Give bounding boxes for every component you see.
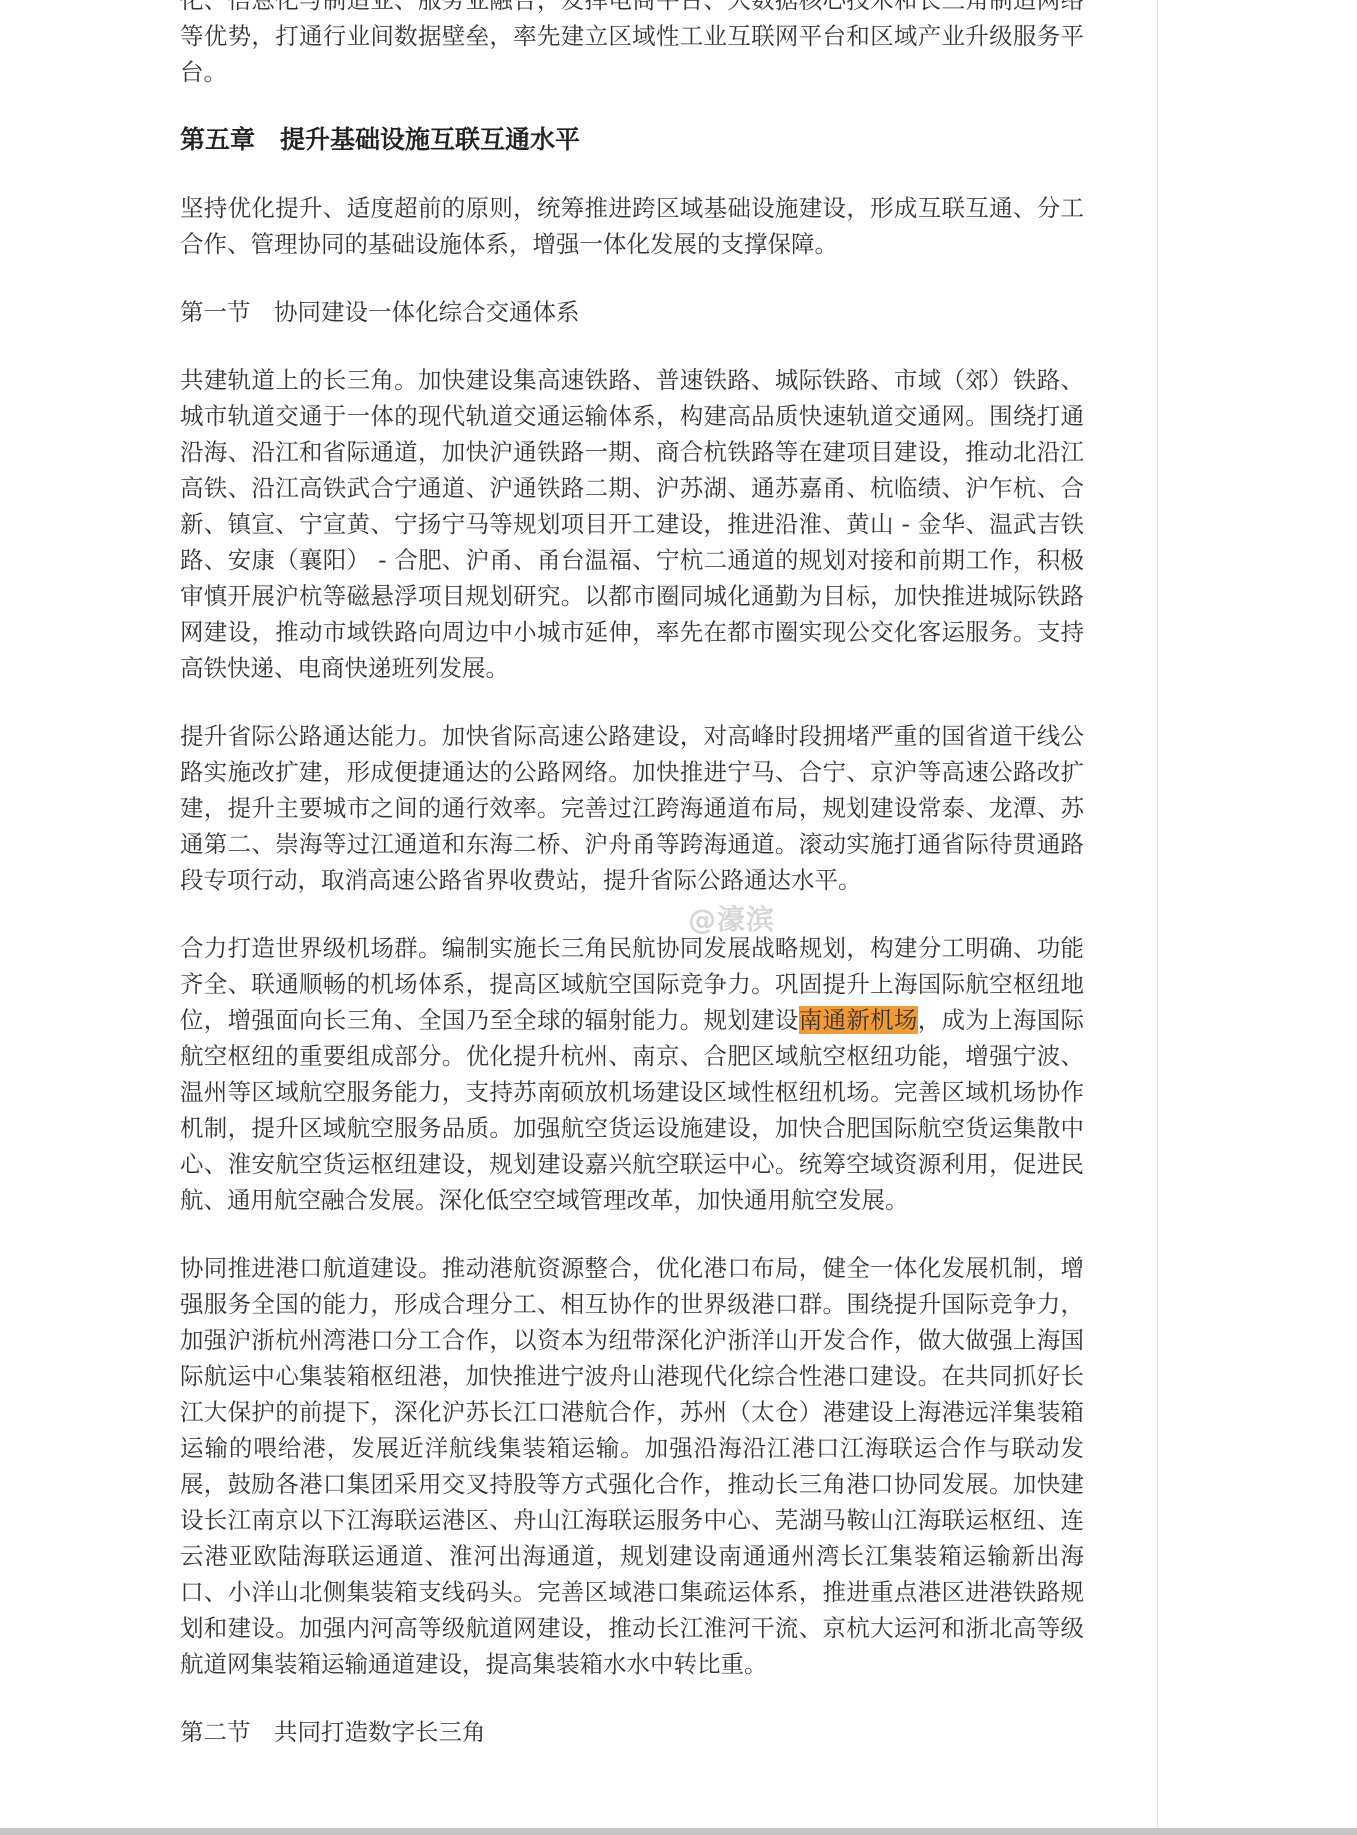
document-page: 化、信息化与制造业、服务业融合，发挥电商平台、大数据核心技术和长三角制造网络等优… — [0, 0, 1357, 1828]
paragraph-text: 提升省际公路通达能力。加快省际高速公路建设，对高峰时段拥堵严重的国省道干线公路实… — [180, 722, 1084, 894]
chapter-title: 第五章 提升基础设施互联互通水平 — [180, 122, 1084, 158]
horizontal-scrollbar[interactable] — [0, 1828, 1357, 1835]
sidebar-divider — [1157, 0, 1158, 1828]
paragraph-rail: 共建轨道上的长三角。加快建设集高速铁路、普速铁路、城际铁路、市域（郊）铁路、城市… — [180, 362, 1084, 686]
section-title-1: 第一节 协同建设一体化综合交通体系 — [180, 294, 1084, 330]
paragraph-text: 协同推进港口航道建设。推动港航资源整合，优化港口布局，健全一体化发展机制，增强服… — [180, 1254, 1084, 1678]
paragraph-text: ，成为上海国际航空枢纽的重要组成部分。优化提升杭州、南京、合肥区域航空枢纽功能，… — [180, 1006, 1084, 1214]
search-highlight: 南通新机场 — [799, 1006, 918, 1034]
paragraph-highway: 提升省际公路通达能力。加快省际高速公路建设，对高峰时段拥堵严重的国省道干线公路实… — [180, 718, 1084, 898]
section-title-2: 第二节 共同打造数字长三角 — [180, 1714, 1084, 1750]
intro-paragraph-tail: 化、信息化与制造业、服务业融合，发挥电商平台、大数据核心技术和长三角制造网络等优… — [180, 0, 1084, 90]
article-body: 化、信息化与制造业、服务业融合，发挥电商平台、大数据核心技术和长三角制造网络等优… — [180, 0, 1084, 1782]
paragraph-text: 共建轨道上的长三角。加快建设集高速铁路、普速铁路、城际铁路、市域（郊）铁路、城市… — [180, 366, 1084, 682]
chapter-intro: 坚持优化提升、适度超前的原则，统筹推进跨区域基础设施建设，形成互联互通、分工合作… — [180, 190, 1084, 262]
paragraph-airport: 合力打造世界级机场群。编制实施长三角民航协同发展战略规划，构建分工明确、功能齐全… — [180, 930, 1084, 1218]
paragraph-port: 协同推进港口航道建设。推动港航资源整合，优化港口布局，健全一体化发展机制，增强服… — [180, 1250, 1084, 1682]
intro-cut-line: 化、信息化与制造业、服务业融合，发挥电商平台、大数据核心技术和长三角制造网 — [180, 0, 1061, 14]
